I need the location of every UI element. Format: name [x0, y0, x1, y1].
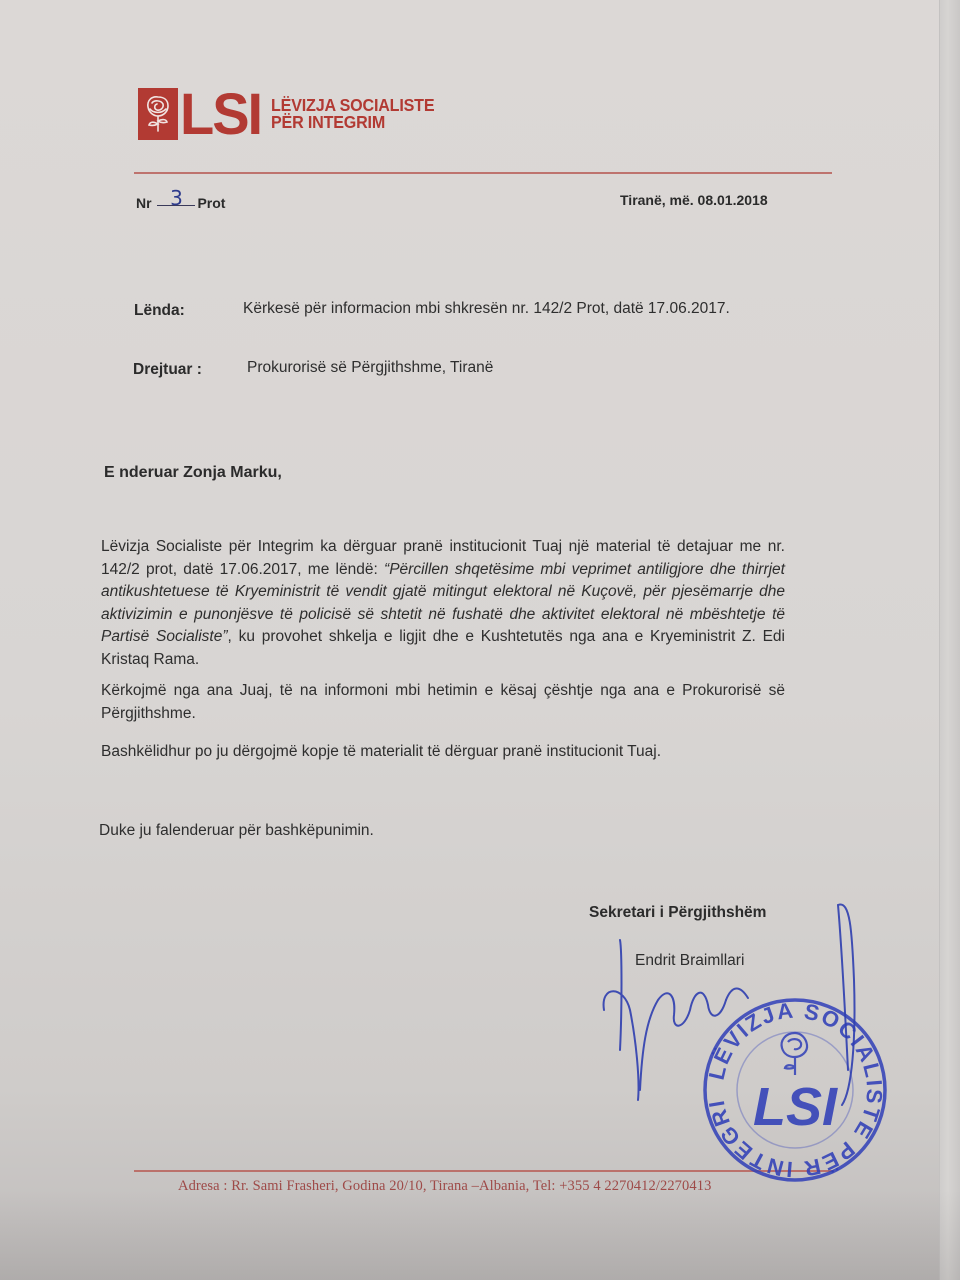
- subject-label: Lënda:: [134, 302, 185, 320]
- closing-line: Duke ju falenderuar për bashkëpunimin.: [99, 822, 374, 840]
- prot-label: Prot: [197, 195, 225, 211]
- header-divider: [134, 172, 832, 174]
- shadow: [0, 1190, 960, 1280]
- letterhead-logo: LSI LËVIZJA SOCIALISTE PËR INTEGRIM: [138, 88, 449, 140]
- addressee-value: Prokurorisë së Përgjithshme, Tiranë: [247, 359, 493, 377]
- rose-icon: [138, 88, 178, 140]
- nr-label: Nr: [136, 195, 152, 211]
- paper-edge: [939, 0, 960, 1280]
- organization-name: LËVIZJA SOCIALISTE PËR INTEGRIM: [271, 97, 434, 131]
- handwritten-signature-icon: [580, 890, 920, 1110]
- protocol-number: Nr 3Prot: [136, 194, 225, 211]
- logo-mark: LSI: [180, 87, 261, 142]
- addressee-label: Drejtuar :: [133, 361, 202, 379]
- salutation: E nderuar Zonja Marku,: [104, 464, 282, 482]
- place-date: Tiranë, më. 08.01.2018: [620, 192, 768, 208]
- footer-address: Adresa : Rr. Sami Frasheri, Godina 20/10…: [178, 1178, 711, 1195]
- body-paragraph-3: Bashkëlidhur po ju dërgojmë kopje të mat…: [101, 741, 785, 764]
- body-paragraph-2: Kërkojmë nga ana Juaj, të na informoni m…: [101, 680, 785, 725]
- organization-name-line2: PËR INTEGRIM: [271, 114, 434, 131]
- nr-value: 3: [157, 191, 195, 206]
- body-paragraph-1: Lëvizja Socialiste për Integrim ka dërgu…: [101, 536, 785, 672]
- subject-value: Kërkesë për informacion mbi shkresën nr.…: [243, 300, 730, 318]
